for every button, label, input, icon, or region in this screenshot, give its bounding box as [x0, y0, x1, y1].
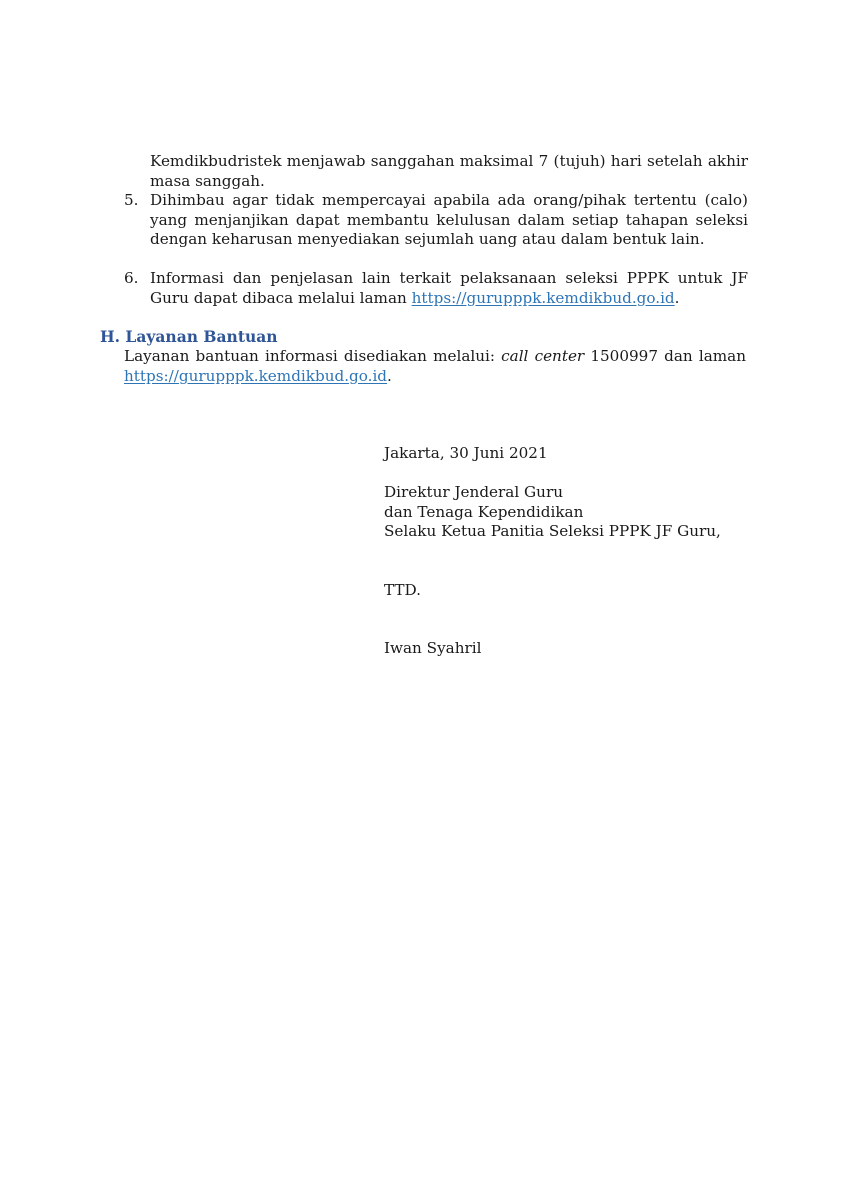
gurupppk-link[interactable]: https://gurupppk.kemdikbud.go.id [412, 289, 675, 307]
document-page: Kemdikbudristek menjawab sanggahan maksi… [0, 0, 848, 1200]
section-h-paragraph: Layanan bantuan informasi disediakan mel… [124, 347, 746, 386]
signatory-name: Iwan Syahril [384, 639, 481, 659]
continuation-paragraph: Kemdikbudristek menjawab sanggahan maksi… [150, 152, 748, 191]
list-item-text: Dihimbau agar tidak mempercayai apabila … [150, 191, 748, 250]
section-heading-layanan-bantuan: H. Layanan Bantuan [100, 327, 278, 347]
section-text-after-link: . [387, 367, 392, 385]
list-item-5: 5. Dihimbau agar tidak mempercayai apabi… [124, 191, 748, 250]
section-text-after-italic: 1500997 dan laman [584, 347, 746, 365]
signature-title: Direktur Jenderal Guru dan Tenaga Kepend… [384, 483, 721, 542]
list-item-text: Informasi dan penjelasan lain terkait pe… [150, 269, 748, 308]
signature-title-line: Selaku Ketua Panitia Seleksi PPPK JF Gur… [384, 522, 721, 542]
section-text-before-italic: Layanan bantuan informasi disediakan mel… [124, 347, 501, 365]
list-item-6: 6. Informasi dan penjelasan lain terkait… [124, 269, 748, 308]
gurupppk-link-help[interactable]: https://gurupppk.kemdikbud.go.id [124, 367, 387, 385]
signature-title-line: Direktur Jenderal Guru [384, 483, 721, 503]
list-item-text-after-link: . [675, 289, 680, 307]
signature-place-date: Jakarta, 30 Juni 2021 [384, 444, 548, 464]
list-number: 6. [124, 269, 146, 289]
list-number: 5. [124, 191, 146, 211]
call-center-label: call center [501, 347, 584, 365]
signature-title-line: dan Tenaga Kependidikan [384, 503, 721, 523]
signature-ttd: TTD. [384, 581, 421, 601]
